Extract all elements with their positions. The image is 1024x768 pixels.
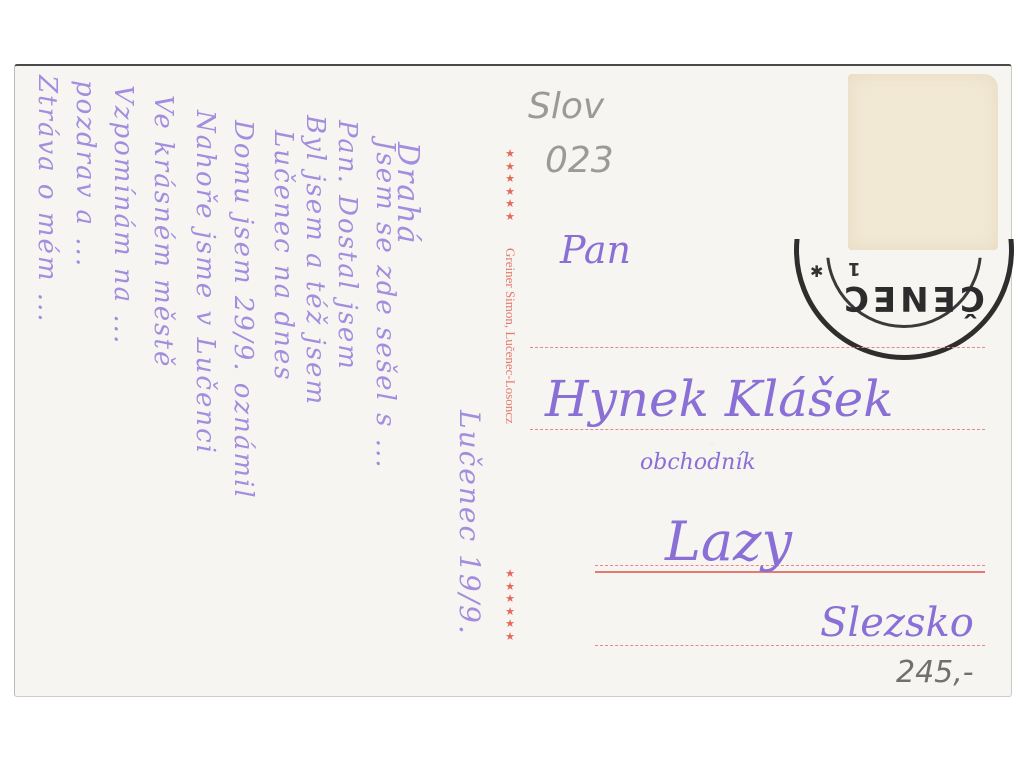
address-line-2 — [530, 429, 985, 430]
message-line: Nahoře jsme v Lučenci — [190, 110, 220, 455]
message-line: Jsem se zde sešel s ... — [370, 140, 400, 470]
pencil-price: 245,- — [896, 655, 974, 690]
place-date: Lučenec 19/9. — [453, 410, 486, 636]
postmark-town: ČENEC — [840, 278, 985, 318]
message-line: Ve krásném městě — [148, 95, 178, 368]
imprint-stars-bottom: ★★★★★★ — [498, 568, 522, 643]
publisher-imprint: ★★★★★★ Greiner Simon, Lučenec-Losoncz ★★… — [498, 148, 522, 678]
message-line: Ztráva o mém ... — [32, 75, 62, 324]
message-line: pozdrav a ... — [70, 80, 100, 268]
postmark-star-icon: ✱ — [810, 262, 823, 281]
imprint-stars-top: ★★★★★★ — [498, 148, 522, 223]
message-line: Byl jsem a též jsem — [300, 115, 330, 406]
address-region: Slezsko — [820, 600, 974, 646]
address-salutation: Pan — [560, 228, 631, 272]
message-line: Pan. Dostal jsem — [332, 120, 362, 371]
pencil-catalog-number: 023 — [545, 140, 614, 181]
address-occupation: obchodník — [640, 450, 756, 475]
message-line: Vzpomínám na ... — [108, 85, 138, 345]
address-name: Hynek Klášek — [545, 370, 894, 428]
stamp-removed-area — [848, 74, 998, 250]
address-town: Lazy — [665, 510, 792, 573]
message-line: Domu jsem 29/9. oznámil — [228, 120, 258, 500]
imprint-text: Greiner Simon, Lučenec-Losoncz — [502, 248, 518, 424]
address-line-1 — [530, 347, 985, 348]
message-line: Lučenec na dnes — [268, 130, 298, 382]
pencil-catalog-code: Slov — [528, 86, 604, 127]
postmark-date: 1 — [848, 258, 861, 279]
